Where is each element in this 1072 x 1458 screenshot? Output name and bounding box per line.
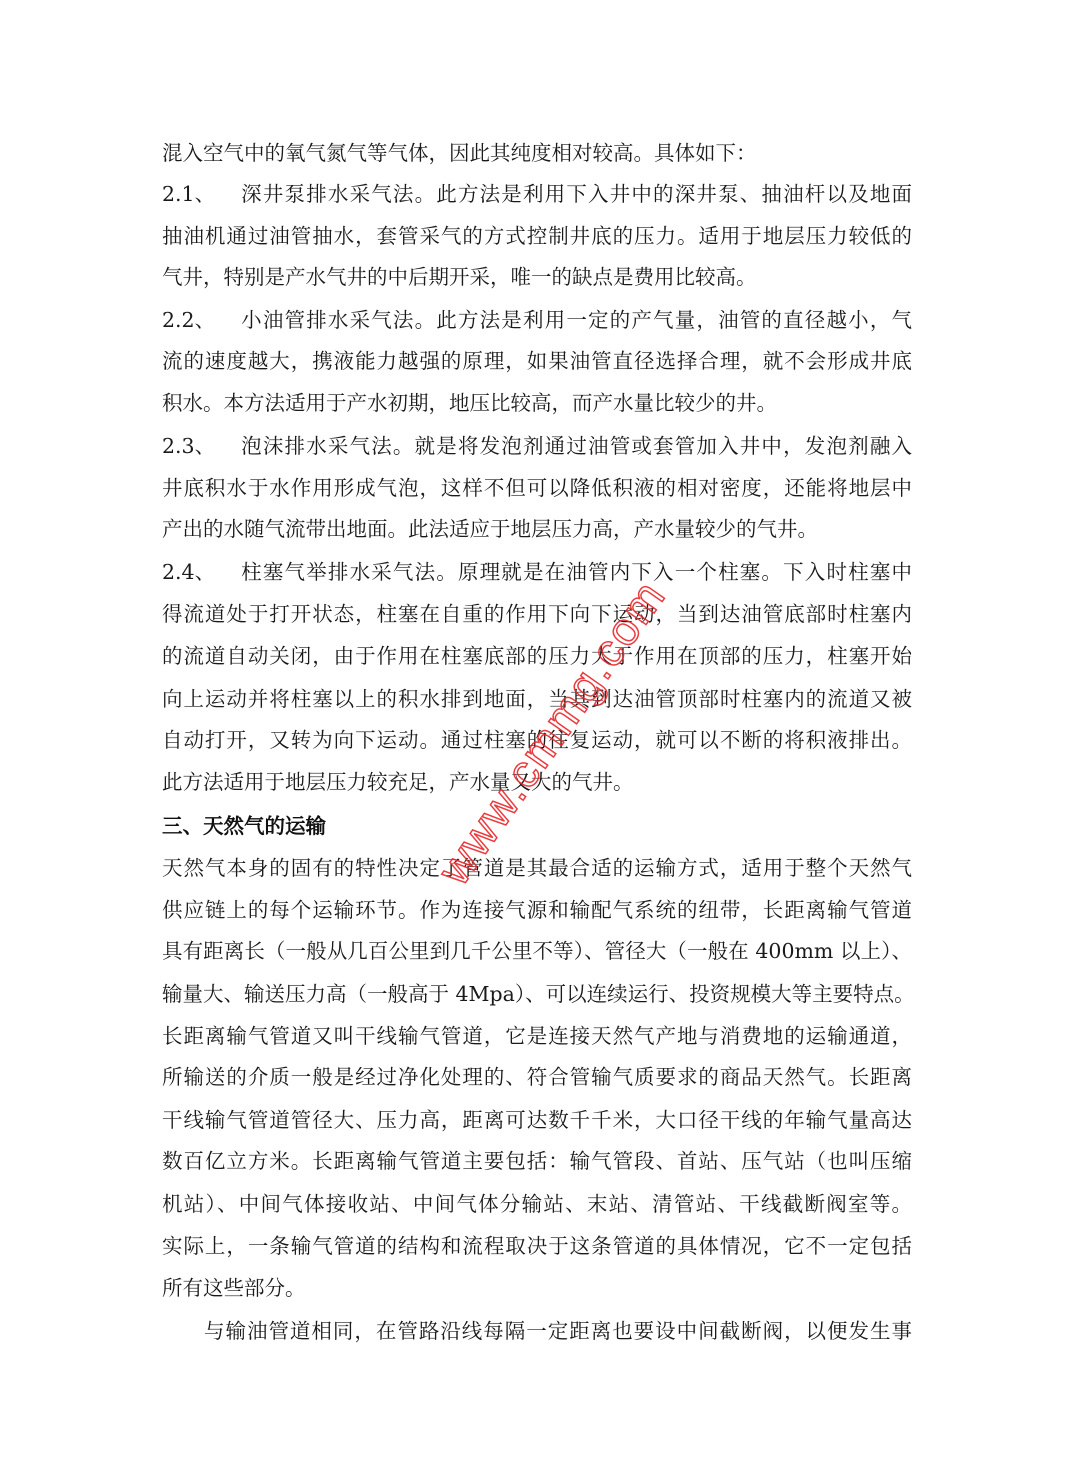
text-line: 供应链上的每个运输环节。作为连接气源和输配气系统的纽带，长距离输气管道 [162, 896, 912, 924]
list-item-2-3: 2.3、泡沫排水采气法。就是将发泡剂通过油管或套管加入井中，发泡剂融入 [162, 432, 912, 460]
list-item-2-1: 2.1、深井泵排水采气法。此方法是利用下入井中的深井泵、抽油杆以及地面 [162, 180, 912, 208]
list-item-2-4: 2.4、柱塞气举排水采气法。原理就是在油管内下入一个柱塞。下入时柱塞中 [162, 558, 912, 586]
text-line: 积水。本方法适用于产水初期，地压比较高，而产水量比较少的井。 [162, 389, 912, 417]
text-line: 天然气本身的固有的特性决定了管道是其最合适的运输方式，适用于整个天然气 [162, 854, 912, 882]
item-number: 2.3、 [162, 432, 240, 460]
text-line: 气井，特别是产水气井的中后期开采，唯一的缺点是费用比较高。 [162, 263, 912, 291]
text-line: 所输送的介质一般是经过净化处理的、符合管输气质要求的商品天然气。长距离 [162, 1063, 912, 1091]
text-line: 此方法适用于地层压力较充足，产水量又大的气井。 [162, 768, 912, 796]
list-item-2-2: 2.2、小油管排水采气法。此方法是利用一定的产气量，油管的直径越小，气 [162, 306, 912, 334]
text-line: 向上运动并将柱塞以上的积水排到地面，当其到达油管顶部时柱塞内的流道又被 [162, 685, 912, 713]
item-text: 泡沫排水采气法。就是将发泡剂通过油管或套管加入井中，发泡剂融入 [240, 434, 912, 458]
text-line: 长距离输气管道又叫干线输气管道，它是连接天然气产地与消费地的运输通道， [162, 1022, 912, 1050]
text-line: 产出的水随气流带出地面。此法适应于地层压力高，产水量较少的气井。 [162, 515, 912, 543]
text-line: 数百亿立方米。长距离输气管道主要包括：输气管段、首站、压气站（也叫压缩 [162, 1147, 912, 1175]
text-line: 的流道自动关闭，由于作用在柱塞底部的压力大于作用在顶部的压力，柱塞开始 [162, 642, 912, 670]
item-text: 深井泵排水采气法。此方法是利用下入井中的深井泵、抽油杆以及地面 [240, 182, 912, 206]
section-heading: 三、天然气的运输 [162, 812, 326, 840]
text-line: 干线输气管道管径大、压力高，距离可达数千千米，大口径干线的年输气量高达 [162, 1106, 912, 1134]
text-line: 所有这些部分。 [162, 1274, 912, 1302]
text-line: 实际上，一条输气管道的结构和流程取决于这条管道的具体情况，它不一定包括 [162, 1232, 912, 1260]
text-line: 机站）、中间气体接收站、中间气体分输站、末站、清管站、干线截断阀室等。 [162, 1190, 912, 1218]
text-line: 抽油机通过油管抽水，套管采气的方式控制井底的压力。适用于地层压力较低的 [162, 222, 912, 250]
text-line: 具有距离长（一般从几百公里到几千公里不等）、管径大（一般在 400mm 以上）、 [162, 937, 912, 965]
text-line: 流的速度越大，携液能力越强的原理，如果油管直径选择合理，就不会形成井底 [162, 347, 912, 375]
text-line: 自动打开，又转为向下运动。通过柱塞的往复运动，就可以不断的将积液排出。 [162, 726, 912, 754]
item-text: 小油管排水采气法。此方法是利用一定的产气量，油管的直径越小，气 [240, 308, 912, 332]
item-number: 2.4、 [162, 558, 240, 586]
item-text: 柱塞气举排水采气法。原理就是在油管内下入一个柱塞。下入时柱塞中 [240, 560, 912, 584]
item-number: 2.2、 [162, 306, 240, 334]
text-line: 混入空气中的氧气氮气等气体，因此其纯度相对较高。具体如下： [162, 139, 912, 167]
text-line: 与输油管道相同，在管路沿线每隔一定距离也要设中间截断阀，以便发生事 [204, 1317, 912, 1345]
text-line: 输量大、输送压力高（一般高于 4Mpa）、可以连续运行、投资规模大等主要特点。 [162, 980, 912, 1008]
document-page: 混入空气中的氧气氮气等气体，因此其纯度相对较高。具体如下： 2.1、深井泵排水采… [0, 0, 1072, 1458]
text-line: 井底积水于水作用形成气泡，这样不但可以降低积液的相对密度，还能将地层中 [162, 474, 912, 502]
item-number: 2.1、 [162, 180, 240, 208]
text-line: 得流道处于打开状态，柱塞在自重的作用下向下运动，当到达油管底部时柱塞内 [162, 600, 912, 628]
